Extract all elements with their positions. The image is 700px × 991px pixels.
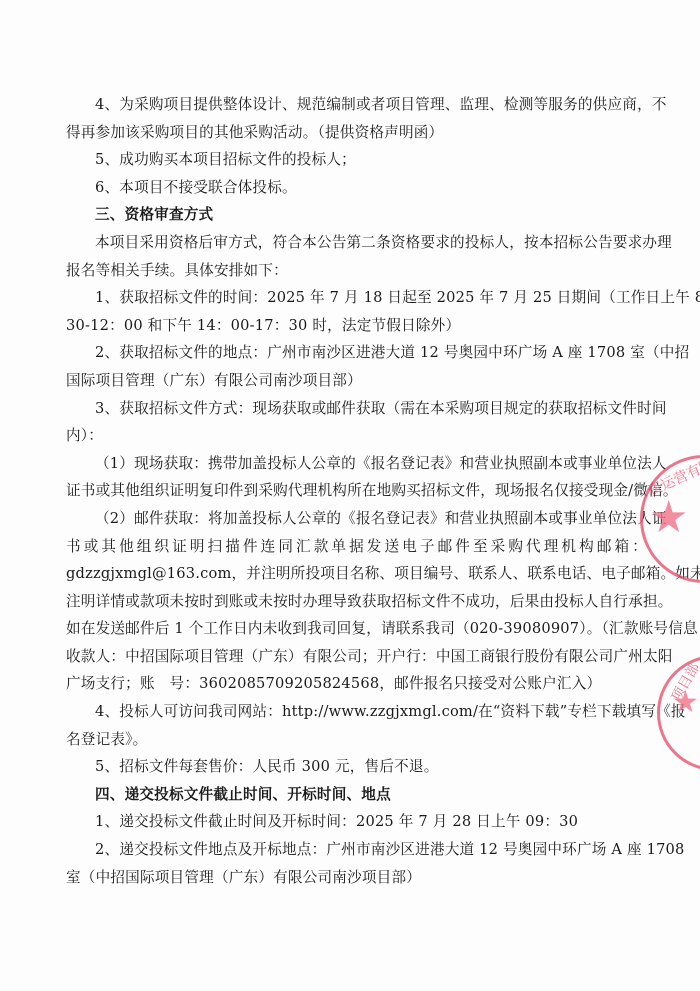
paragraph-line: 2、递交投标文件地点及开标地点：广州市南沙区进港大道 12 号奥园中环广场 A … xyxy=(66,836,632,864)
paragraph-line: 1、递交投标文件截止时间及开标时间：2025 年 7 月 28 日上午 09：3… xyxy=(66,808,632,836)
paragraph-line: 30-12：00 和下午 14：00-17：30 时，法定节假日除外） xyxy=(66,312,632,340)
paragraph-line: （1）现场获取：携带加盖投标人公章的《报名登记表》和营业执照副本或事业单位法人 xyxy=(66,450,632,478)
email-line: gdzzgjxmgl@163.com，并注明所投项目名称、项目编号、联系人、联系… xyxy=(66,560,632,588)
paragraph-line: 6、本项目不接受联合体投标。 xyxy=(66,174,632,202)
paragraph-line: 室（中招国际项目管理（广东）有限公司南沙项目部） xyxy=(66,864,632,892)
section-heading: 三、资格审查方式 xyxy=(66,201,632,229)
paragraph-line: 5、成功购买本项目招标文件的投标人； xyxy=(66,146,632,174)
star-icon: ★ xyxy=(672,688,699,718)
paragraph-line: 证书或其他组织证明复印件到采购代理机构所在地购买招标文件，现场报名仅接受现金/微… xyxy=(66,477,632,505)
paragraph-line: 本项目采用资格后审方式，符合本公告第二条资格要求的投标人，按本招标公告要求办理 xyxy=(66,229,632,257)
paragraph-line: （2）邮件获取：将加盖投标人公章的《报名登记表》和营业执照副本或事业单位法人证 xyxy=(66,505,632,533)
paragraph-line: 收款人：中招国际项目管理（广东）有限公司；开户行：中国工商银行股份有限公司广州太… xyxy=(66,643,632,671)
paragraph-line: 1、获取招标文件的时间：2025 年 7 月 18 日起至 2025 年 7 月… xyxy=(66,284,632,312)
paragraph-line: 如在发送邮件后 1 个工作日内未收到我司回复，请联系我司（020-3908090… xyxy=(66,615,632,643)
account-number-line: 广场支行；账 号：3602085709205824568，邮件报名只接受对公账户… xyxy=(66,670,632,698)
paragraph-line: 3、获取招标文件方式：现场获取或邮件获取（需在本采购项目规定的获取招标文件时间 xyxy=(66,395,632,423)
paragraph-line: 4、为采购项目提供整体设计、规范编制或者项目管理、监理、检测等服务的供应商，不 xyxy=(66,91,632,119)
paragraph-line: 得再参加该采购项目的其他采购活动。（提供资格声明函） xyxy=(66,119,632,147)
paragraph-line: 内）： xyxy=(66,422,632,450)
paragraph-line: 注明详情或款项未按时到账或未按时办理导致获取招标文件不成功，后果由投标人自行承担… xyxy=(66,588,632,616)
document-page: 4、为采购项目提供整体设计、规范编制或者项目管理、监理、检测等服务的供应商，不 … xyxy=(0,0,700,991)
paragraph-line: 国际项目管理（广东）有限公司南沙项目部） xyxy=(66,367,632,395)
paragraph-line: 报名等相关手续。具体安排如下： xyxy=(66,257,632,285)
star-icon: ★ xyxy=(649,496,688,540)
paragraph-line: 5、招标文件每套售价：人民币 300 元，售后不退。 xyxy=(66,753,632,781)
website-line: 4、投标人可访问我司网站：http://www.zzgjxmgl.com/在“资… xyxy=(66,698,632,726)
company-seal-lower: 项目部 ★ xyxy=(657,655,700,771)
document-body: 4、为采购项目提供整体设计、规范编制或者项目管理、监理、检测等服务的供应商，不 … xyxy=(66,91,632,891)
paragraph-line: 书或其他组织证明扫描件连同汇款单据发送电子邮件至采购代理机构邮箱： xyxy=(66,533,632,561)
paragraph-line: 2、获取招标文件的地点：广州市南沙区进港大道 12 号奥园中环广场 A 座 17… xyxy=(66,339,632,367)
paragraph-line: 名登记表》。 xyxy=(66,726,632,754)
section-heading: 四、递交投标文件截止时间、开标时间、地点 xyxy=(66,781,632,809)
